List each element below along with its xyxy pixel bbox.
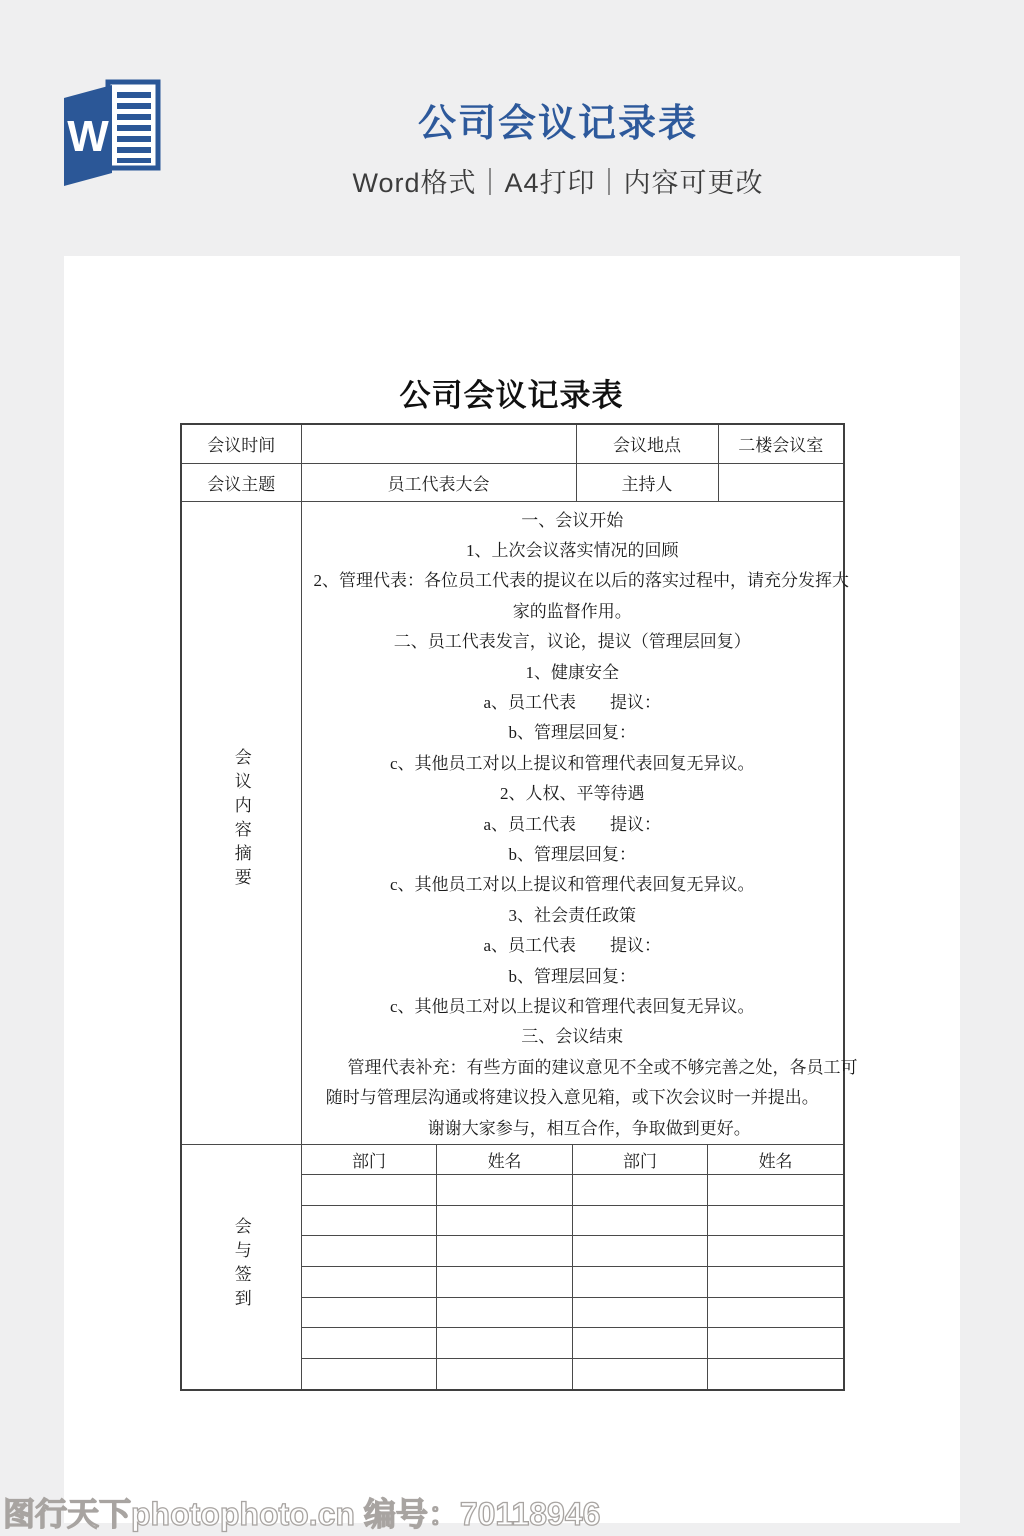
signin-cell (437, 1175, 572, 1206)
signin-row (302, 1175, 844, 1206)
summary-line: c、其他员工对以上提议和管理代表回复无异议。 (314, 992, 832, 1022)
summary-line: 三、会议结束 (314, 1022, 832, 1052)
summary-line: 3、社会责任政策 (314, 901, 832, 931)
signin-cell (302, 1205, 437, 1236)
signin-cell (708, 1175, 843, 1206)
signin-cell (708, 1328, 843, 1359)
summary-line: a、员工代表 提议： (314, 688, 832, 718)
signin-cell (437, 1267, 572, 1298)
meeting-place-value: 二楼会议室 (718, 424, 844, 463)
signin-cell (708, 1358, 843, 1389)
signin-label-text: 会与签到 (229, 1217, 254, 1313)
table-row: 会议内容摘要 一、会议开始 1、上次会议落实情况的回顾 2、管理代表：各位员工代… (181, 501, 844, 1145)
signin-cell (437, 1328, 572, 1359)
signin-cell (437, 1236, 572, 1267)
summary-line: 谢谢大家参与，相互合作，争取做到更好。 (314, 1114, 832, 1144)
meeting-time-label: 会议时间 (181, 424, 301, 463)
signin-cell (302, 1267, 437, 1298)
summary-line: a、员工代表 提议： (314, 931, 832, 961)
signin-cell (708, 1267, 843, 1298)
signin-cell (437, 1358, 572, 1389)
signin-cell (708, 1205, 843, 1236)
signin-cell (437, 1297, 572, 1328)
summary-line: a、员工代表 提议： (314, 810, 832, 840)
table-row: 会议时间 会议地点 二楼会议室 (181, 424, 844, 463)
signin-col-header: 姓名 (708, 1145, 843, 1175)
signin-cell (572, 1205, 707, 1236)
summary-label-text: 会议内容摘要 (229, 748, 254, 892)
signin-row (302, 1328, 844, 1359)
summary-line: 家的监督作用。 (314, 597, 832, 627)
signin-cell (302, 1328, 437, 1359)
signin-label: 会与签到 (181, 1145, 301, 1391)
summary-line: b、管理层回复： (314, 718, 832, 748)
summary-line: 一、会议开始 (314, 506, 832, 536)
host-label: 主持人 (576, 463, 718, 501)
signin-cell (572, 1328, 707, 1359)
signin-cell (572, 1267, 707, 1298)
signin-cell (572, 1297, 707, 1328)
signin-table: 部门 姓名 部门 姓名 (302, 1145, 844, 1389)
summary-line: 管理代表补充：有些方面的建议意见不全或不够完善之处，各员工可 (314, 1053, 832, 1083)
banner-title: 公司会议记录表 (92, 92, 1024, 147)
signin-col-header: 部门 (572, 1145, 707, 1175)
table-row: 会议主题 员工代表大会 主持人 (181, 463, 844, 501)
signin-row (302, 1297, 844, 1328)
meeting-topic-value: 员工代表大会 (301, 463, 576, 501)
table-row: 会与签到 部门 姓名 部门 姓名 (181, 1145, 844, 1391)
signin-row (302, 1205, 844, 1236)
signin-cell (708, 1236, 843, 1267)
signin-cell (302, 1236, 437, 1267)
site-watermark: 图行天下photophoto.cn 编号：70118946 (3, 1489, 600, 1535)
summary-line: 随时与管理层沟通或将建议投入意见箱，或下次会议时一并提出。 (314, 1083, 832, 1113)
signin-cell (302, 1297, 437, 1328)
signin-cell (437, 1205, 572, 1236)
top-banner: W 公司会议记录表 Word格式｜A4打印｜内容可更改 (0, 0, 1024, 256)
signin-cell (302, 1175, 437, 1206)
summary-line: 2、人权、平等待遇 (314, 779, 832, 809)
signin-row (302, 1236, 844, 1267)
summary-line: 二、员工代表发言，议论，提议（管理层回复） (314, 627, 832, 657)
signin-cell (708, 1297, 843, 1328)
summary-content: 一、会议开始 1、上次会议落实情况的回顾 2、管理代表：各位员工代表的提议在以后… (301, 501, 844, 1145)
summary-line: 2、管理代表：各位员工代表的提议在以后的落实过程中，请充分发挥大 (314, 566, 832, 596)
summary-line: 1、健康安全 (314, 658, 832, 688)
signin-cell (302, 1358, 437, 1389)
summary-line: b、管理层回复： (314, 962, 832, 992)
signin-col-header: 部门 (302, 1145, 437, 1175)
signin-col-header: 姓名 (437, 1145, 572, 1175)
signin-cell (572, 1236, 707, 1267)
summary-line: 1、上次会议落实情况的回顾 (314, 536, 832, 566)
host-value (718, 463, 844, 501)
document-page: 公司会议记录表 会议时间 会议地点 二楼会议室 会议主题 员工代表大会 主持人 … (64, 256, 960, 1523)
signin-cell (572, 1358, 707, 1389)
summary-line: b、管理层回复： (314, 840, 832, 870)
banner-subtitle: Word格式｜A4打印｜内容可更改 (92, 161, 1024, 200)
meeting-place-label: 会议地点 (576, 424, 718, 463)
signin-row (302, 1267, 844, 1298)
signin-area: 部门 姓名 部门 姓名 (301, 1145, 844, 1391)
meeting-record-table: 会议时间 会议地点 二楼会议室 会议主题 员工代表大会 主持人 会议内容摘要 一… (180, 423, 845, 1391)
summary-line: c、其他员工对以上提议和管理代表回复无异议。 (314, 870, 832, 900)
summary-label: 会议内容摘要 (181, 501, 301, 1145)
signin-header-row: 部门 姓名 部门 姓名 (302, 1145, 844, 1175)
signin-cell (572, 1175, 707, 1206)
meeting-topic-label: 会议主题 (181, 463, 301, 501)
summary-line: c、其他员工对以上提议和管理代表回复无异议。 (314, 749, 832, 779)
meeting-time-value (301, 424, 576, 463)
document-title: 公司会议记录表 (180, 370, 843, 415)
signin-row (302, 1358, 844, 1389)
